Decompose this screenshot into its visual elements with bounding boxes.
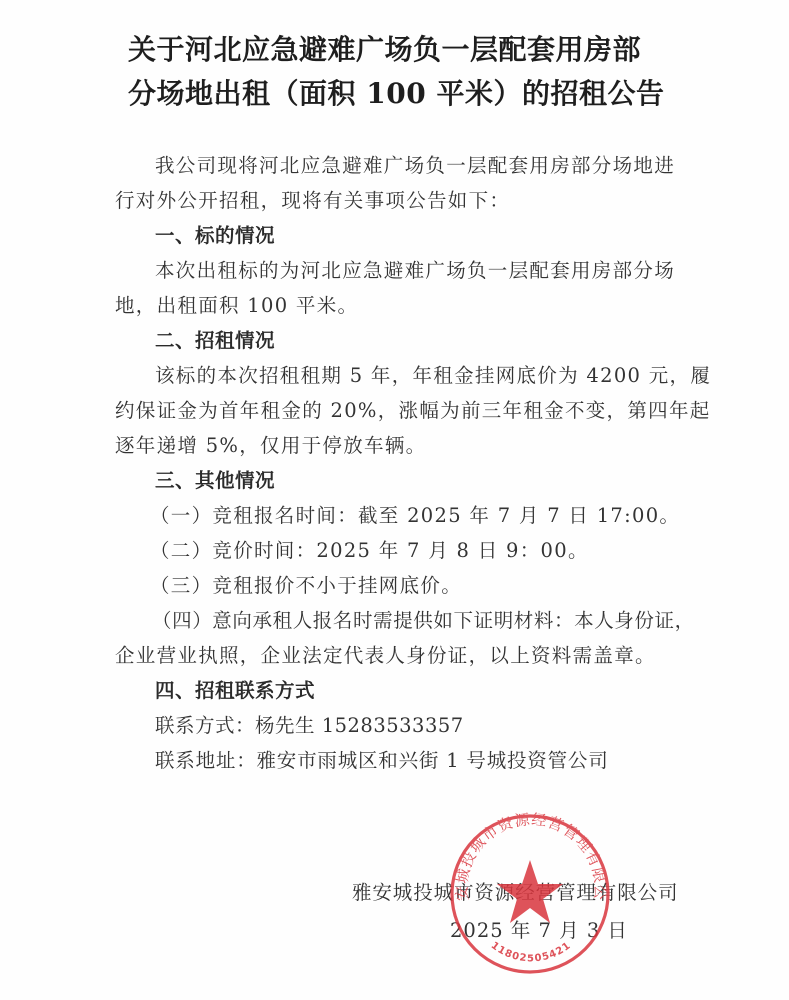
section-1-line-2: 地，出租面积 100 平米。: [115, 293, 358, 319]
document-page: 关于河北应急避难广场负一层配套用房部 分场地出租（面积 100 平米）的招租公告…: [0, 0, 789, 1000]
document-title-line-1: 关于河北应急避难广场负一层配套用房部: [128, 28, 668, 72]
section-heading-4: 四、招租联系方式: [155, 678, 315, 704]
section-3-item-2: （二）竞价时间：2025 年 7 月 8 日 9：00。: [150, 538, 589, 564]
section-3-item-3: （三）竞租报价不小于挂网底价。: [150, 573, 462, 599]
section-3-item-4-cont: 企业营业执照，企业法定代表人身份证，以上资料需盖章。: [115, 643, 656, 669]
document-title-line-2: 分场地出租（面积 100 平米）的招租公告: [128, 72, 668, 116]
seal-star-icon: [497, 860, 563, 923]
section-heading-2: 二、招租情况: [155, 328, 275, 354]
intro-line-2: 行对外公开招租，现将有关事项公告如下：: [115, 188, 510, 214]
section-1-line-1: 本次出租标的为河北应急避难广场负一层配套用房部分场: [155, 258, 675, 284]
section-2-line-1: 该标的本次招租租期 5 年，年租金挂网底价为 4200 元，履: [155, 363, 711, 389]
section-3-item-1: （一）竞租报名时间：截至 2025 年 7 月 7 日 17:00。: [150, 503, 680, 529]
company-seal-icon: 雅安城投城市资源经营管理有限公司 5118025054217: [446, 812, 614, 974]
intro-line-1: 我公司现将河北应急避难广场负一层配套用房部分场地进: [155, 153, 675, 179]
section-heading-3: 三、其他情况: [155, 468, 275, 494]
section-2-line-3: 逐年递增 5%，仅用于停放车辆。: [115, 433, 426, 459]
section-heading-1: 一、标的情况: [155, 223, 275, 249]
section-3-item-4: （四）意向承租人报名时需提供如下证明材料：本人身份证，: [152, 608, 695, 634]
contact-address: 联系地址：雅安市雨城区和兴街 1 号城投资管公司: [155, 748, 609, 774]
contact-phone: 联系方式：杨先生 15283533357: [155, 713, 464, 739]
section-2-line-2: 约保证金为首年租金的 20%，涨幅为前三年租金不变，第四年起: [115, 398, 711, 424]
